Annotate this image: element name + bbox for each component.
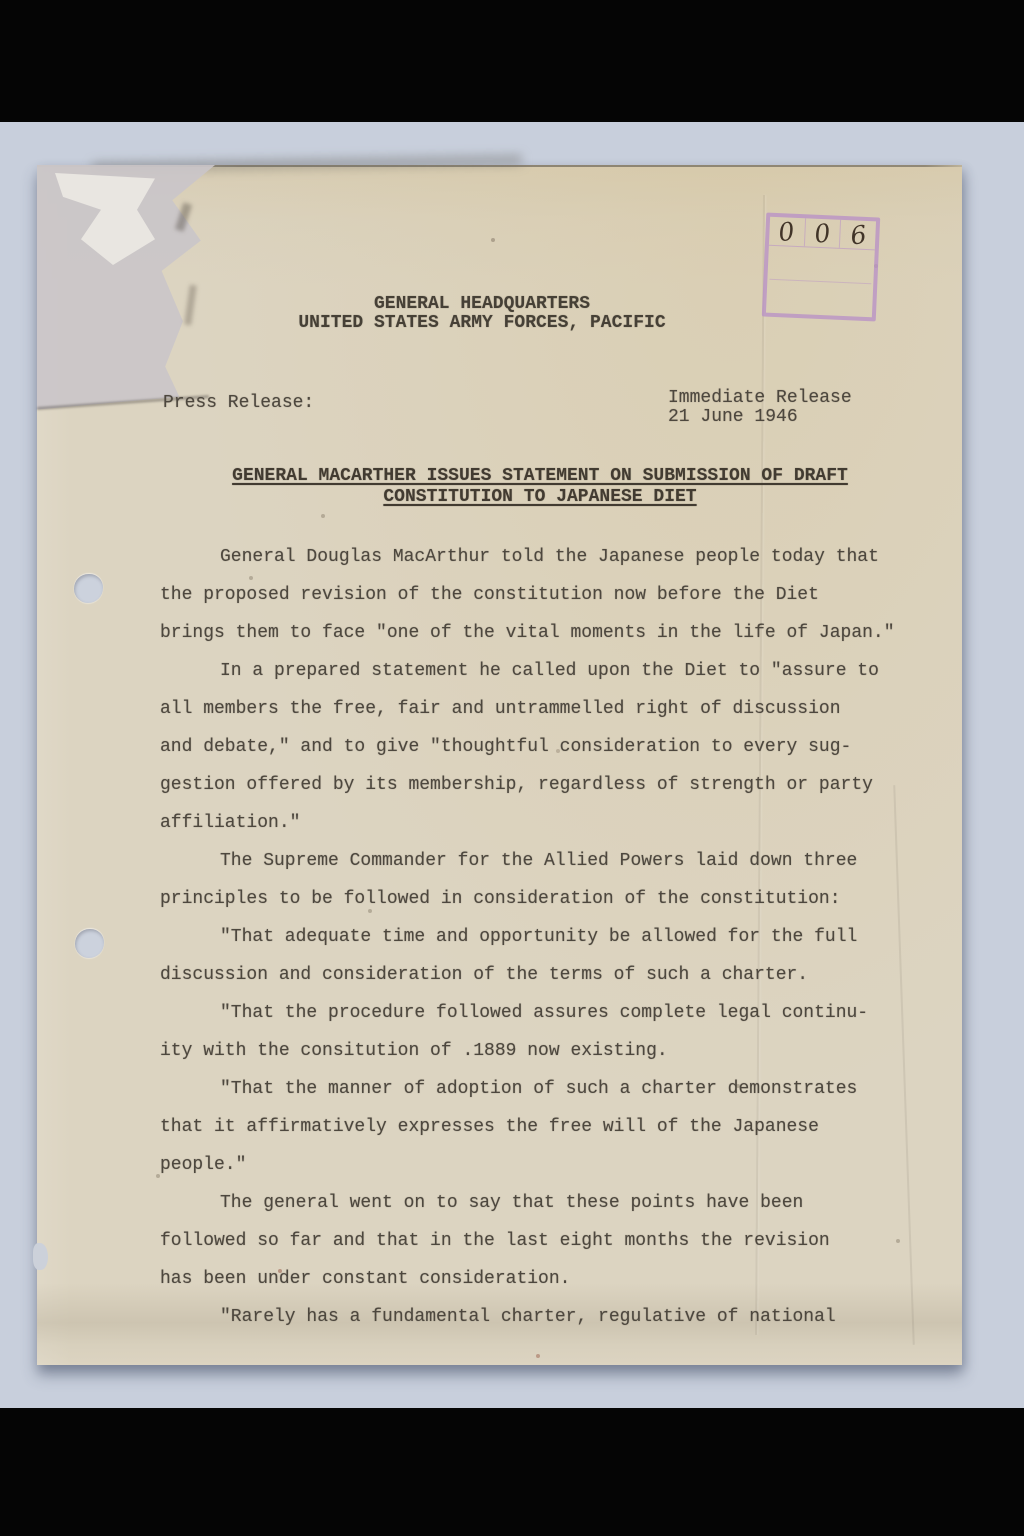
document-page: 0 0 6 GENERAL HEADQUARTERS UNITED STATES… [37,165,962,1365]
body-line: brings them to face "one of the vital mo… [160,614,950,652]
edge-tear [33,1243,48,1270]
release-type: Immediate Release [668,389,852,408]
punch-hole [74,574,103,603]
letterhead-line1: GENERAL HEADQUARTERS [97,295,867,314]
body-line: has been under constant consideration. [160,1260,950,1298]
release-date: 21 June 1946 [668,408,852,427]
body-line: people." [160,1146,950,1184]
stamp-cell: 0 [805,218,842,248]
body-line: gestion offered by its membership, regar… [160,766,950,804]
stamp-digit: 6 [849,221,868,248]
body-line: General Douglas MacArthur told the Japan… [160,538,950,576]
body-line: The general went on to say that these po… [160,1184,950,1222]
body-line: affiliation." [160,804,950,842]
body-line: discussion and consideration of the term… [160,956,950,994]
body-line: the proposed revision of the constitutio… [160,576,950,614]
body-line: The Supreme Commander for the Allied Pow… [160,842,950,880]
release-info: Immediate Release 21 June 1946 [668,389,852,427]
paper-specks [37,165,39,167]
body-line: all members the free, fair and untrammel… [160,690,950,728]
title-line1: GENERAL MACARTHER ISSUES STATEMENT ON SU… [232,466,848,486]
document-title: GENERAL MACARTHER ISSUES STATEMENT ON SU… [160,466,920,508]
body-line: that it affirmatively expresses the free… [160,1108,950,1146]
body-line: "That the procedure followed assures com… [160,994,950,1032]
title-line2: CONSTITUTION TO JAPANESE DIET [383,487,696,507]
body-text: General Douglas MacArthur told the Japan… [160,538,950,1336]
stamp-digit: 0 [813,220,832,247]
body-line: "That adequate time and opportunity be a… [160,918,950,956]
body-line: In a prepared statement he called upon t… [160,652,950,690]
stamp-cell: 0 [769,217,806,247]
scanned-page: 0 0 6 GENERAL HEADQUARTERS UNITED STATES… [0,0,1024,1536]
stamp-grid-line [769,279,871,284]
body-line: followed so far and that in the last eig… [160,1222,950,1260]
stamp-grid-row: 0 0 6 [769,217,876,251]
punch-hole [75,929,104,958]
body-line: "Rarely has a fundamental charter, regul… [160,1298,950,1336]
letterhead: GENERAL HEADQUARTERS UNITED STATES ARMY … [97,295,867,333]
press-release-label: Press Release: [163,393,314,413]
body-line: "That the manner of adoption of such a c… [160,1070,950,1108]
stamp-cell: 6 [840,220,876,249]
body-line: ity with the consitution of .1889 now ex… [160,1032,950,1070]
body-line: and debate," and to give "thoughtful con… [160,728,950,766]
letterhead-line2: UNITED STATES ARMY FORCES, PACIFIC [97,314,867,333]
body-line: principles to be followed in considerati… [160,880,950,918]
stamp-digit: 0 [778,218,797,245]
